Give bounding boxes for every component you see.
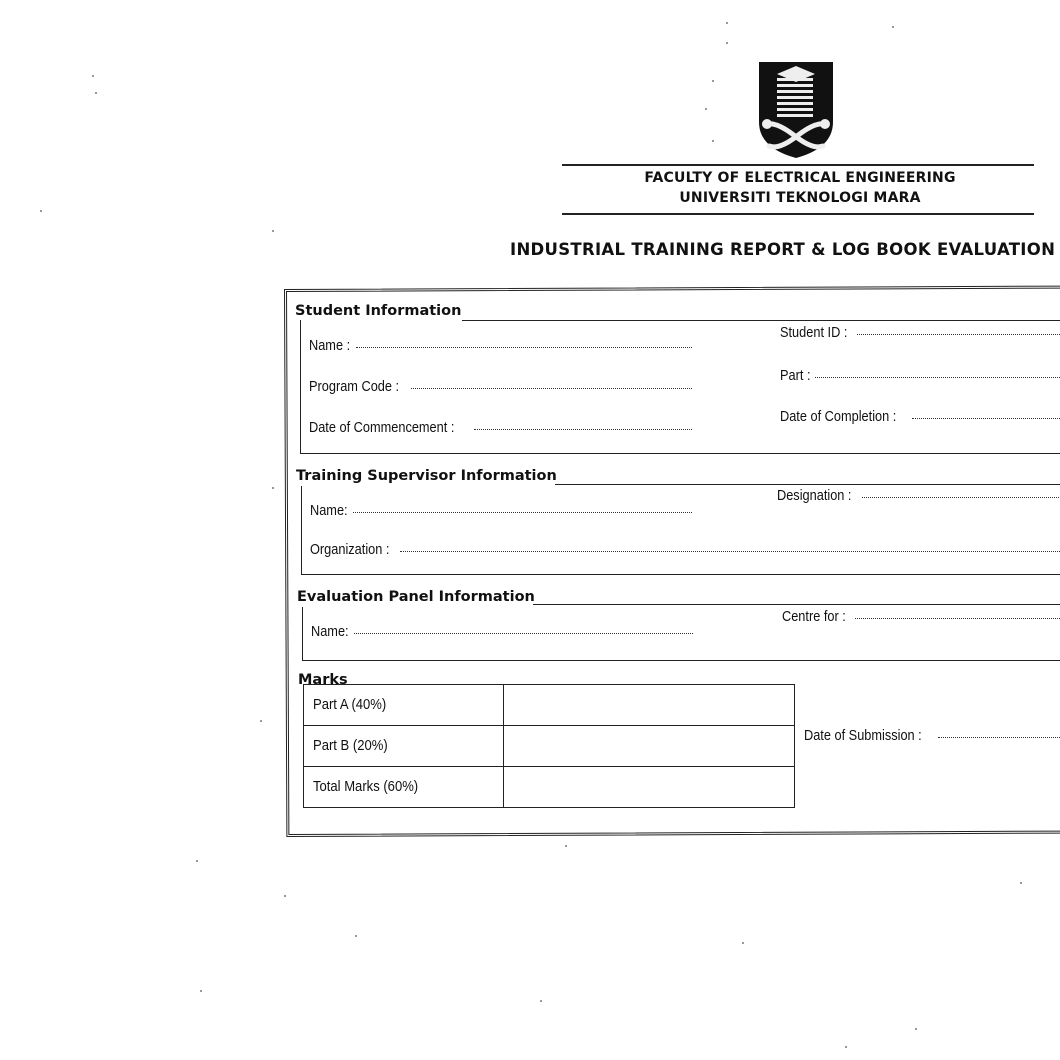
organization-field[interactable]: Organization : bbox=[310, 542, 1060, 558]
field-label: Name: bbox=[310, 503, 348, 519]
scan-speck bbox=[1020, 882, 1022, 884]
student-id-field[interactable]: Student ID : bbox=[780, 325, 1060, 341]
field-input-line[interactable] bbox=[411, 388, 692, 389]
marks-label: Part B (20%) bbox=[304, 726, 504, 767]
field-label: Designation : bbox=[777, 488, 851, 504]
field-input-line[interactable] bbox=[354, 633, 693, 634]
program-code-field[interactable]: Program Code : bbox=[309, 379, 692, 395]
scan-speck bbox=[712, 140, 714, 142]
scan-speck bbox=[915, 1028, 917, 1030]
field-label: Centre for : bbox=[782, 609, 846, 625]
scan-speck bbox=[742, 942, 744, 944]
header-rule-top bbox=[562, 164, 1034, 166]
scan-speck bbox=[565, 845, 567, 847]
student-name-field[interactable]: Name : bbox=[309, 338, 692, 354]
section-divider bbox=[555, 484, 1060, 485]
scan-speck bbox=[260, 720, 262, 722]
field-label: Name : bbox=[309, 338, 350, 354]
field-label: Student ID : bbox=[780, 325, 847, 341]
field-label: Date of Completion : bbox=[780, 409, 896, 425]
scan-speck bbox=[540, 1000, 542, 1002]
marks-value-cell[interactable] bbox=[504, 726, 795, 767]
section-title-student-information: Student Information bbox=[295, 303, 461, 319]
date-of-submission-field[interactable]: Date of Submission : bbox=[804, 728, 1060, 744]
table-row: Part B (20%) bbox=[304, 726, 795, 767]
field-input-line[interactable] bbox=[815, 377, 1060, 378]
field-input-line[interactable] bbox=[353, 512, 692, 513]
field-input-line[interactable] bbox=[857, 334, 1060, 335]
university-crest-icon bbox=[757, 60, 835, 160]
section-divider bbox=[533, 604, 1060, 605]
table-row: Part A (40%) bbox=[304, 685, 795, 726]
field-label: Date of Submission : bbox=[804, 728, 922, 744]
field-input-line[interactable] bbox=[474, 429, 692, 430]
field-label: Name: bbox=[311, 624, 349, 640]
field-input-line[interactable] bbox=[862, 497, 1060, 498]
supervisor-name-field[interactable]: Name: bbox=[310, 503, 692, 519]
faculty-name: FACULTY OF ELECTRICAL ENGINEERING bbox=[560, 170, 1040, 186]
marks-label: Total Marks (60%) bbox=[304, 767, 504, 808]
scan-speck bbox=[726, 22, 728, 24]
field-input-line[interactable] bbox=[855, 618, 1060, 619]
field-input-line[interactable] bbox=[356, 347, 692, 348]
field-label: Part : bbox=[780, 368, 810, 384]
scan-speck bbox=[284, 895, 286, 897]
scan-speck bbox=[892, 26, 894, 28]
field-label: Organization : bbox=[310, 542, 389, 558]
scan-speck bbox=[200, 990, 202, 992]
table-row: Total Marks (60%) bbox=[304, 767, 795, 808]
marks-value-cell[interactable] bbox=[504, 767, 795, 808]
field-input-line[interactable] bbox=[400, 551, 1060, 552]
date-of-completion-field[interactable]: Date of Completion : bbox=[780, 409, 1060, 425]
university-name: UNIVERSITI TEKNOLOGI MARA bbox=[560, 190, 1040, 206]
field-label: Program Code : bbox=[309, 379, 399, 395]
marks-table: Part A (40%) Part B (20%) Total Marks (6… bbox=[303, 684, 795, 808]
scan-speck bbox=[705, 108, 707, 110]
scan-speck bbox=[845, 1046, 847, 1048]
date-of-commencement-field[interactable]: Date of Commencement : bbox=[309, 420, 692, 436]
designation-field[interactable]: Designation : bbox=[777, 488, 1060, 504]
scan-speck bbox=[272, 487, 274, 489]
part-field[interactable]: Part : bbox=[780, 368, 1060, 384]
scan-speck bbox=[95, 92, 97, 94]
panel-name-field[interactable]: Name: bbox=[311, 624, 693, 640]
marks-label: Part A (40%) bbox=[304, 685, 504, 726]
field-input-line[interactable] bbox=[912, 418, 1060, 419]
scan-speck bbox=[92, 75, 94, 77]
scan-speck bbox=[355, 935, 357, 937]
centre-for-field[interactable]: Centre for : bbox=[782, 609, 1060, 625]
header-rule-bottom bbox=[562, 213, 1034, 215]
scan-speck bbox=[726, 42, 728, 44]
scan-speck bbox=[712, 80, 714, 82]
scan-speck bbox=[272, 230, 274, 232]
marks-value-cell[interactable] bbox=[504, 685, 795, 726]
field-input-line[interactable] bbox=[938, 737, 1060, 738]
form-title: INDUSTRIAL TRAINING REPORT & LOG BOOK EV… bbox=[510, 240, 1060, 259]
section-title-training-supervisor-information: Training Supervisor Information bbox=[296, 468, 557, 484]
scan-speck bbox=[40, 210, 42, 212]
section-title-evaluation-panel-information: Evaluation Panel Information bbox=[297, 589, 535, 605]
field-label: Date of Commencement : bbox=[309, 420, 454, 436]
scan-speck bbox=[196, 860, 198, 862]
